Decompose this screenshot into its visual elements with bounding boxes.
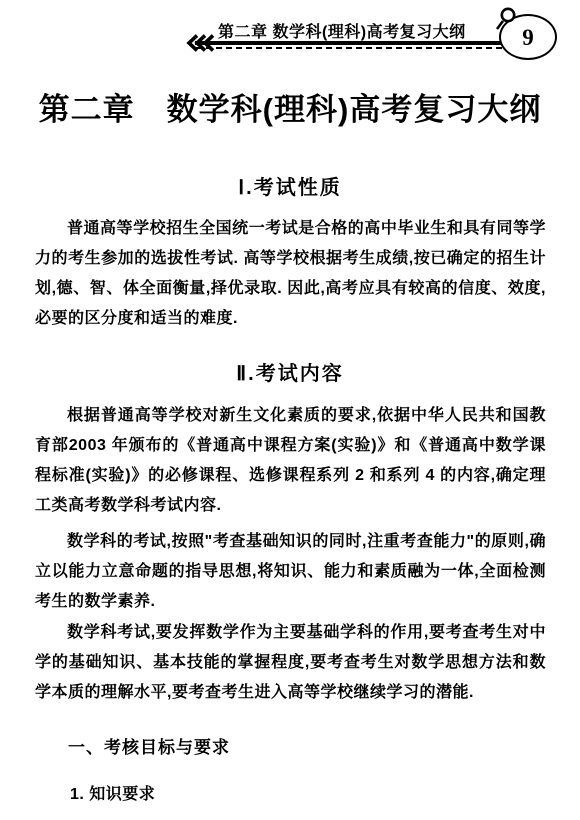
chapter-title: 第二章 数学科(理科)高考复习大纲: [0, 84, 580, 129]
paragraph-exam-nature: 普通高等学校招生全国统一考试是合格的高中毕业生和具有同等学力的考生参加的选拔性考…: [35, 214, 546, 334]
paragraph-exam-principle: 数学科的考试,按照"考查基础知识的同时,注重考查能力"的原则,确立以能力立意命题…: [35, 527, 546, 617]
magnifier-icon: [494, 6, 520, 34]
paragraph-exam-content-basis: 根据普通高等学校对新生文化素质的要求,依据中华人民共和国教育部2003 年颁布的…: [35, 401, 546, 521]
section-heading-exam-nature: Ⅰ.考试性质: [0, 171, 580, 200]
list-item-knowledge-requirement: 1. 知识要求: [70, 781, 155, 804]
subheading-assessment-targets: 一、考核目标与要求: [68, 733, 230, 758]
section-heading-exam-content: Ⅱ.考试内容: [0, 357, 580, 386]
paragraph-exam-purpose: 数学科考试,要发挥数学作为主要基础学科的作用,要考查考生对中学的基础知识、基本技…: [35, 618, 546, 708]
running-header-title: 第二章 数学科(理科)高考复习大纲: [218, 19, 466, 42]
scanned-document-page: 第二章 数学科(理科)高考复习大纲 9 第二章 数学科(理科)高考复习大纲 Ⅰ.…: [0, 0, 580, 820]
header-rule: [195, 41, 509, 45]
header-rule-dashed: [196, 47, 502, 49]
page-number: 9: [522, 24, 534, 51]
